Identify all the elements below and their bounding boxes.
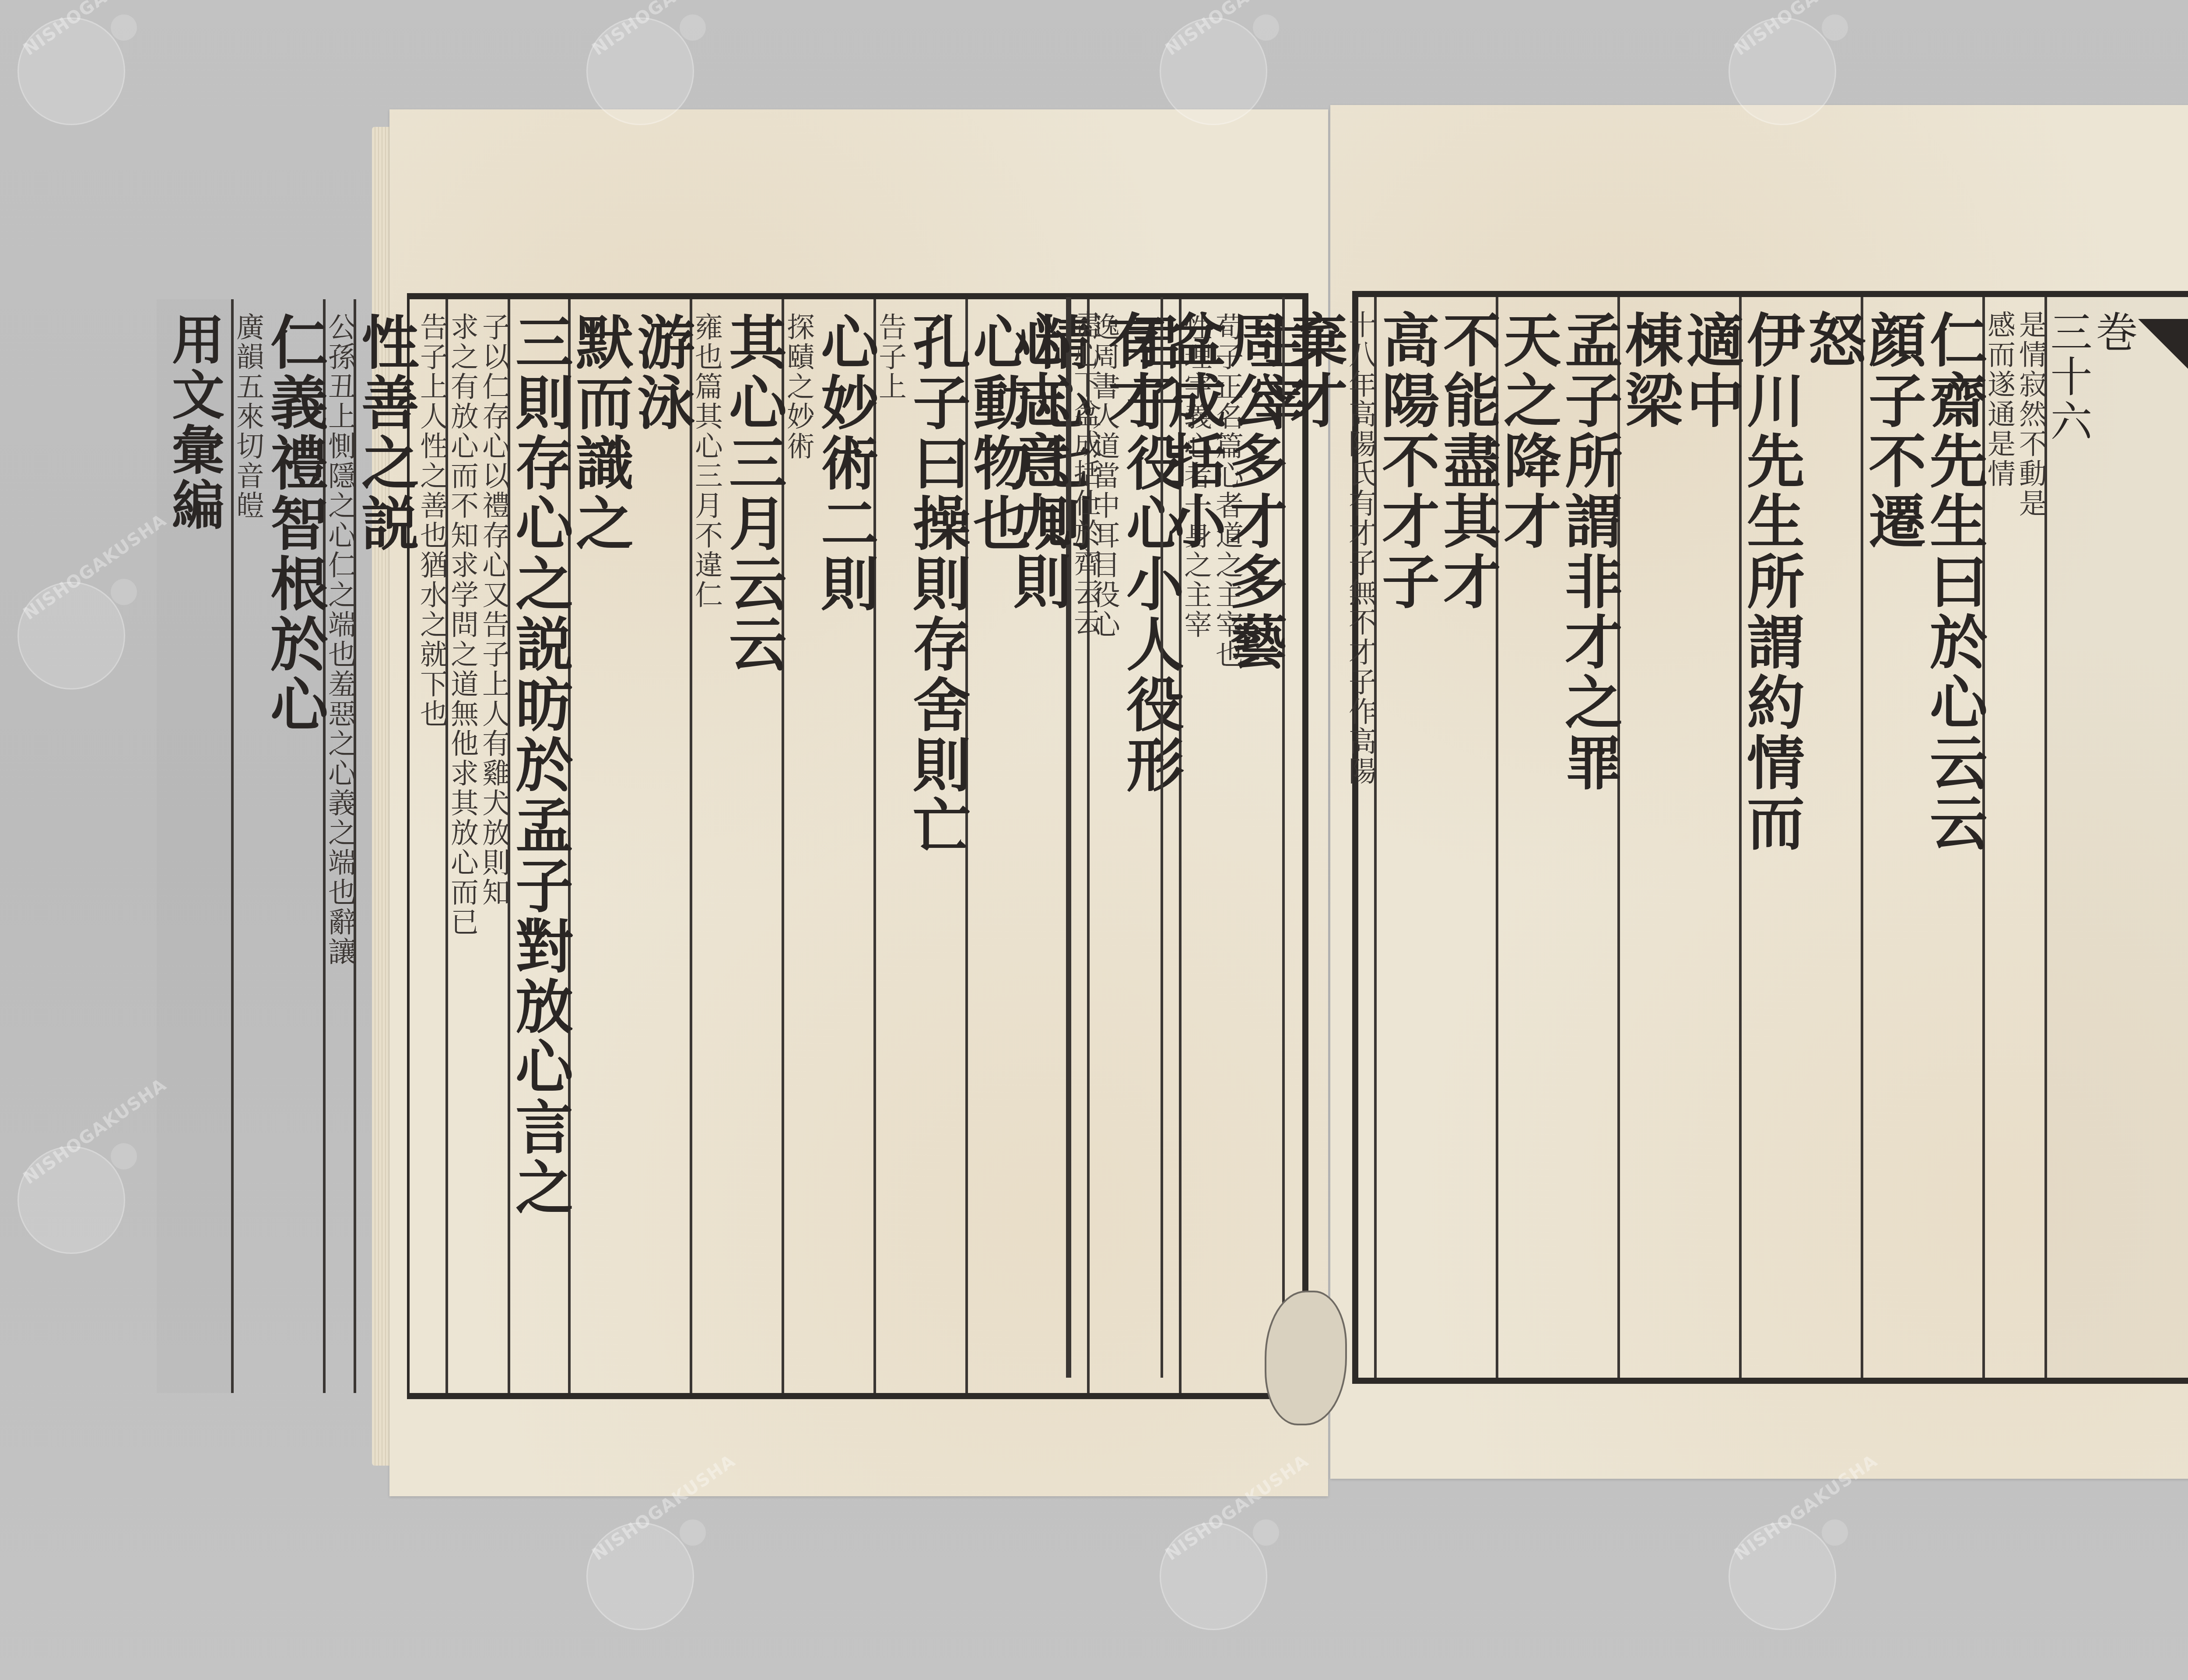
text-column: 不能盡其才高陽不才子 — [1374, 297, 1496, 1378]
nishogakusha-logo-icon: NISHOGAKUSHA — [18, 582, 125, 689]
heading: 仁齋先生曰於心云云 — [1925, 310, 1982, 1365]
text-column: 三則存心之説昉於孟子對放心言之 — [508, 299, 568, 1393]
nishogakusha-logo-icon: NISHOGAKUSHA — [1160, 17, 1267, 125]
heading: 有才 — [1103, 310, 1161, 1365]
text-column: 告子上人性之善也猶水之就下也性善之説 — [354, 299, 445, 1393]
annotation: 盡心下盆成括仕於齊云云 — [1071, 310, 1099, 1365]
heading: 高陽不才子 — [1377, 310, 1434, 1365]
annotation: 告子上人性之善也猶水之就下也 — [417, 312, 445, 1380]
text-column: 心志意九則 — [1008, 297, 1066, 1378]
running-title: 用文彙編 — [168, 312, 220, 1380]
nishogakusha-logo-icon: NISHOGAKUSHA — [586, 17, 694, 125]
paper-tear — [1265, 1291, 1347, 1425]
heading: 不能盡其才 — [1438, 310, 1496, 1365]
volume-mark: 巻 — [2093, 310, 2135, 1365]
page-margin-column: 用文彙編 — [157, 299, 231, 1393]
open-book: 主宰荀子正名篇心者道之主宰也性理字義心者一身之主宰 君子役心小人役形逸周書人道當… — [372, 109, 2188, 1509]
text-column: 仁齋先生曰於心云云顔子不遷 — [1861, 297, 1982, 1378]
page-margin-column: 用文彙編 巻 三十六 — [2044, 297, 2188, 1378]
text-column: 怒伊川先生所謂約情而 — [1739, 297, 1861, 1378]
text-column: 子以仁存心以禮存心又告子上人有雞犬放則知求之有放心而不知求学問之道無他求其放心而… — [445, 299, 508, 1393]
heading: 周公多才多藝 — [1224, 310, 1282, 1365]
annotation: 廣韻五來切音皚 — [234, 312, 262, 1380]
text-column: 有才盡心下盆成括仕於齊云云 — [1069, 297, 1161, 1378]
text-column: 是情寂然不動是感而遂通是情 — [1982, 297, 2044, 1378]
heading: 其心三月云云 — [724, 312, 782, 1380]
heading: 顔子不遷 — [1863, 310, 1921, 1365]
heading: 伊川先生所謂約情而 — [1742, 310, 1799, 1365]
heading: 盆成括小 — [1163, 310, 1221, 1365]
heading: 孔子曰操則存舍則亡 — [908, 312, 965, 1380]
annotation: 雍也篇其心三月不違仁 — [692, 312, 720, 1380]
annotation: 求之有放心而不知求学問之道無他求其放心而已 — [448, 312, 476, 1380]
heading: 適中 — [1681, 310, 1739, 1365]
right-page: 用文彙編 巻 三十六 是情寂然不動是感而遂通是情 仁齋先生曰於心云云顔子不遷 怒… — [1330, 105, 2188, 1479]
text-column: 仁義禮智根於心廣韻五來切音皚 — [231, 299, 323, 1393]
heading: 怒 — [1803, 310, 1861, 1365]
nishogakusha-logo-icon: NISHOGAKUSHA — [18, 17, 125, 125]
section-heading: 心志意九則 — [1008, 310, 1066, 1365]
heading: 仁義禮智根於心 — [265, 312, 323, 1380]
nishogakusha-logo-icon: NISHOGAKUSHA — [1160, 1522, 1267, 1630]
nishogakusha-logo-icon: NISHOGAKUSHA — [18, 1146, 125, 1254]
text-column: 周公多才多藝盆成括小 — [1161, 297, 1282, 1378]
heading: 孟子所謂非才之罪 — [1560, 310, 1617, 1365]
heading: 默而識之 — [571, 312, 628, 1380]
heading: 三則存心之説昉於孟子對放心言之 — [510, 312, 568, 1380]
heading: 心妙術二則 — [816, 312, 873, 1380]
annotation: 公孫丑上惻隱之心仁之端也羞惡之心義之端也辭讓 — [326, 312, 354, 1380]
text-column: 其心三月云云雍也篇其心三月不違仁 — [690, 299, 782, 1393]
annotation: 是情寂然不動是 — [2016, 310, 2044, 1365]
fishtail-mark-icon — [2138, 319, 2188, 385]
text-column: 孟子所謂非才之罪天之降才 — [1496, 297, 1617, 1378]
text-column: 心妙術二則探賾之妙術 — [782, 299, 873, 1393]
right-page-frame: 用文彙編 巻 三十六 是情寂然不動是感而遂通是情 仁齋先生曰於心云云顔子不遷 怒… — [1352, 291, 2188, 1384]
text-column: 適中棟梁 — [1617, 297, 1739, 1378]
heading: 天之降才 — [1498, 310, 1556, 1365]
annotation: 探賾之妙術 — [784, 312, 812, 1380]
text-column: 十八年高陽氏有才子無不才子作高陽棄才 — [1282, 297, 1374, 1378]
nishogakusha-logo-icon: NISHOGAKUSHA — [1729, 17, 1836, 125]
annotation: 告子上 — [876, 312, 904, 1380]
heading: 性善之説 — [356, 312, 414, 1380]
heading: 棟梁 — [1620, 310, 1678, 1365]
heading: 游泳 — [632, 312, 690, 1380]
nishogakusha-logo-icon: NISHOGAKUSHA — [586, 1522, 694, 1630]
page-number: 三十六 — [2047, 310, 2089, 1365]
annotation: 十八年高陽氏有才子無不才子作高陽 — [1346, 310, 1374, 1365]
annotation: 感而遂通是情 — [1985, 310, 2013, 1365]
text-column: 孔子曰操則存舍則亡告子上 — [873, 299, 965, 1393]
annotation: 子以仁存心以禮存心又告子上人有雞犬放則知 — [480, 312, 508, 1380]
text-column: 游泳默而識之 — [568, 299, 690, 1393]
nishogakusha-logo-icon: NISHOGAKUSHA — [1729, 1522, 1836, 1630]
heading: 棄才 — [1285, 310, 1343, 1365]
